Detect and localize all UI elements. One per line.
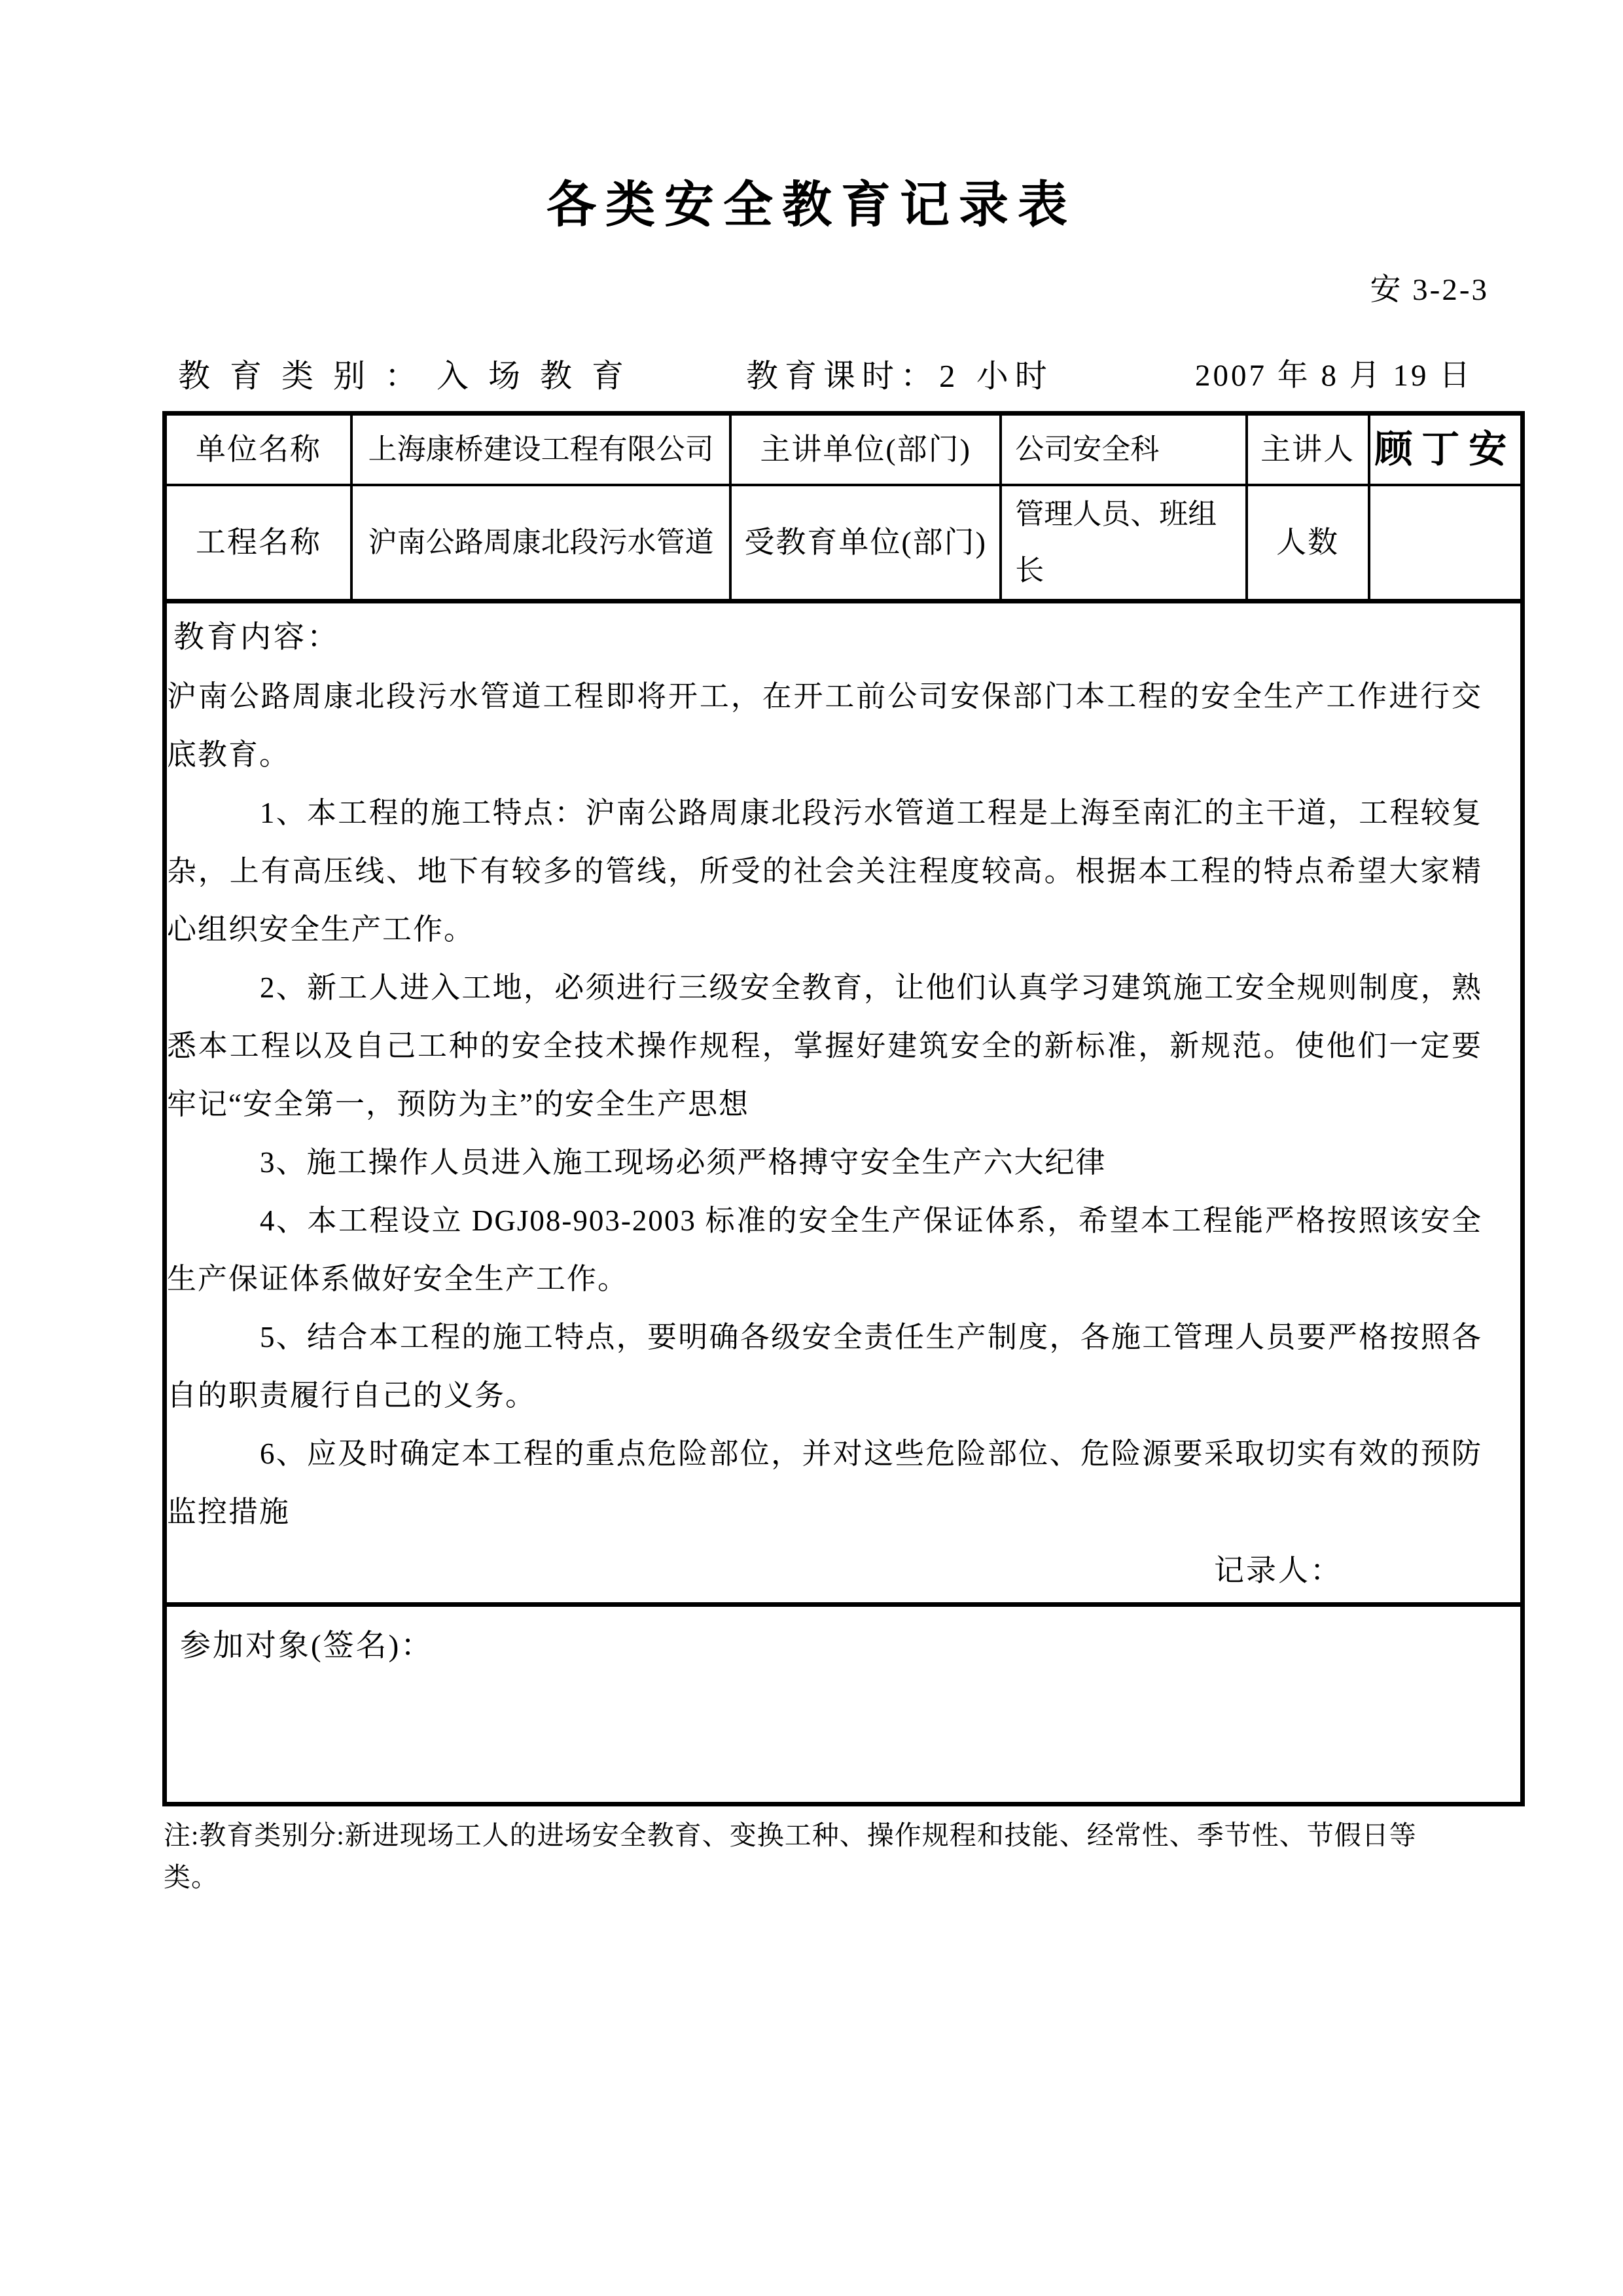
headcount-value <box>1369 485 1520 599</box>
project-name-value: 沪南公路周康北段污水管道 <box>351 485 730 599</box>
content-paragraph: 5、结合本工程的施工特点，要明确各级安全责任生产制度，各施工管理人员要严格按照各… <box>167 1308 1520 1425</box>
content-paragraph: 1、本工程的施工特点：沪南公路周康北段污水管道工程是上海至南汇的主干道，工程较复… <box>167 784 1520 959</box>
content-paragraph: 2、新工人进入工地，必须进行三级安全教育，让他们认真学习建筑施工安全规则制度，熟… <box>167 959 1520 1134</box>
form-code: 安 3-2-3 <box>1370 265 1489 309</box>
content-paragraph: 4、本工程设立 DGJ08-903-2003 标准的安全生产保证体系，希望本工程… <box>167 1192 1520 1308</box>
lecturer-label: 主讲人 <box>1247 416 1369 485</box>
footnote: 注:教育类别分:新进现场工人的进场安全教育、变换工种、操作规程和技能、经常性、季… <box>164 1814 1469 1898</box>
education-type: 教育类别：入场教育 <box>178 351 643 397</box>
trainee-unit-label: 受教育单位(部门) <box>730 485 1001 599</box>
unit-name-value: 上海康桥建设工程有限公司 <box>351 416 730 485</box>
project-name-label: 工程名称 <box>167 485 351 599</box>
participants-section: 参加对象(签名)： <box>167 1602 1520 1802</box>
recorder-label: 记录人： <box>167 1541 1520 1600</box>
education-date: 2007 年 8 月 19 日 <box>1195 351 1472 395</box>
lecturer-unit-label: 主讲单位(部门) <box>730 416 1001 485</box>
table-row: 工程名称 沪南公路周康北段污水管道 受教育单位(部门) 管理人员、班组长 人数 <box>167 485 1520 599</box>
education-hours: 教育课时：2 小时 <box>746 351 1054 397</box>
meta-line: 教育类别：入场教育 教育课时：2 小时 2007 年 8 月 19 日 <box>0 351 1623 397</box>
unit-name-label: 单位名称 <box>167 416 351 485</box>
content-paragraph: 3、施工操作人员进入施工现场必须严格搏守安全生产六大纪律 <box>167 1134 1520 1192</box>
trainee-unit-value: 管理人员、班组长 <box>1001 485 1247 599</box>
lecturer-unit-value: 公司安全科 <box>1001 416 1247 485</box>
record-form-frame: 单位名称 上海康桥建设工程有限公司 主讲单位(部门) 公司安全科 主讲人 顾丁安… <box>162 411 1525 1806</box>
info-table: 单位名称 上海康桥建设工程有限公司 主讲单位(部门) 公司安全科 主讲人 顾丁安… <box>167 416 1520 599</box>
participants-label: 参加对象(签名)： <box>180 1616 1520 1676</box>
document-page: 各类安全教育记录表 安 3-2-3 教育类别：入场教育 教育课时：2 小时 20… <box>0 0 1623 2296</box>
headcount-label: 人数 <box>1247 485 1369 599</box>
lecturer-name-value: 顾丁安 <box>1369 416 1520 485</box>
content-paragraph: 6、应及时确定本工程的重点危险部位，并对这些危险部位、危险源要采取切实有效的预防… <box>167 1425 1520 1541</box>
education-content-heading: 教育内容： <box>167 607 1520 668</box>
page-title: 各类安全教育记录表 <box>0 165 1623 236</box>
content-paragraph: 沪南公路周康北段污水管道工程即将开工，在开工前公司安保部门本工程的安全生产工作进… <box>167 668 1520 784</box>
education-content-section: 教育内容： 沪南公路周康北段污水管道工程即将开工，在开工前公司安保部门本工程的安… <box>167 599 1520 1602</box>
table-row: 单位名称 上海康桥建设工程有限公司 主讲单位(部门) 公司安全科 主讲人 顾丁安 <box>167 416 1520 485</box>
